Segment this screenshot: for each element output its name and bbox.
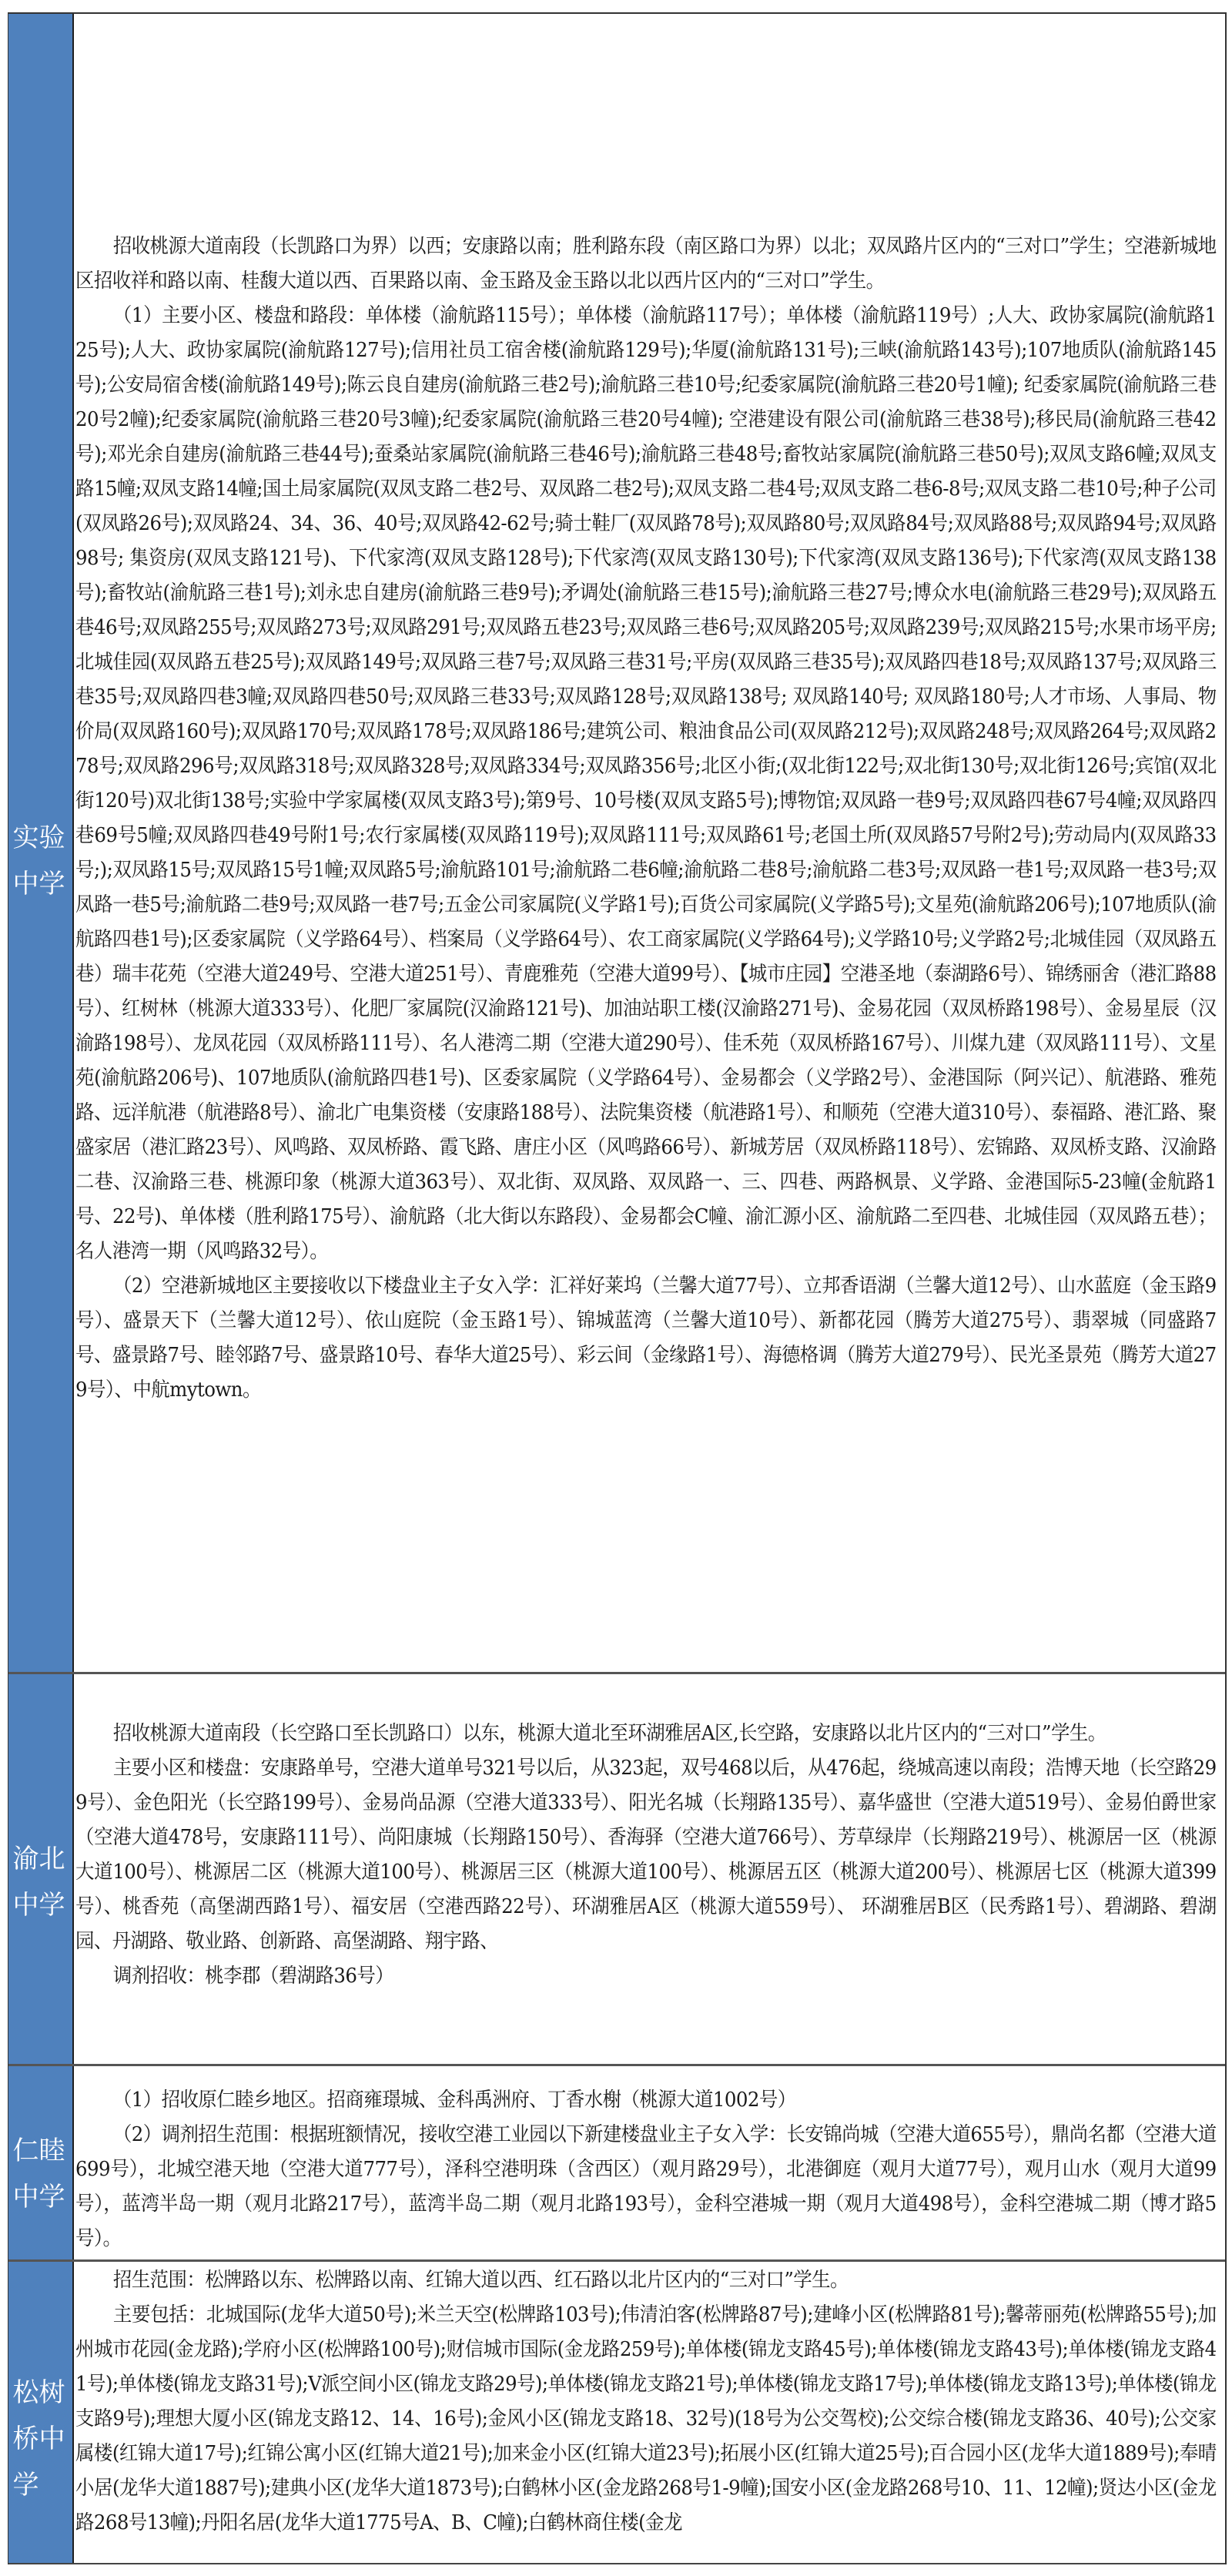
- enrollment-paragraph: 主要包括：北城国际(龙华大道50号);米兰天空(松牌路103号);伟清泊客(松牌…: [75, 2298, 1217, 2541]
- school-name: 渝北中学: [13, 1836, 69, 1928]
- enrollment-area-cell: （1）招收原仁睦乡地区。招商雍璟城、金科禹洲府、丁香水榭（桃源大道1002号） …: [74, 2066, 1225, 2259]
- school-name: 仁睦中学: [13, 2128, 69, 2220]
- school-label-cell: 实验中学: [8, 14, 74, 1672]
- school-name: 松树桥中学: [13, 2370, 69, 2508]
- table-row-shiyan: 实验中学 招收桃源大道南段（长凯路口为界）以西；安康路以南；胜利路东段（南区路口…: [8, 14, 1225, 1674]
- school-label-cell: 松树桥中学: [8, 2262, 74, 2563]
- enrollment-paragraph: （2）调剂招生范围：根据班额情况，接收空港工业园以下新建楼盘业主子女入学：长安锦…: [75, 2118, 1217, 2256]
- enrollment-paragraph: （2）空港新城地区主要接收以下楼盘业主子女入学：汇祥好莱坞（兰馨大道77号）、立…: [75, 1269, 1217, 1408]
- school-label-cell: 仁睦中学: [8, 2066, 74, 2259]
- school-enrollment-table: 实验中学 招收桃源大道南段（长凯路口为界）以西；安康路以南；胜利路东段（南区路口…: [8, 12, 1227, 2564]
- enrollment-area-cell: 招生范围：松牌路以东、松牌路以南、红锦大道以西、红石路以北片区内的“三对口”学生…: [74, 2262, 1225, 2563]
- school-name: 实验中学: [13, 815, 69, 907]
- enrollment-paragraph: 招收桃源大道南段（长空路口至长凯路口）以东，桃源大道北至环湖雅居A区,长空路，安…: [75, 1717, 1217, 1751]
- enrollment-paragraph: 招生范围：松牌路以东、松牌路以南、红锦大道以西、红石路以北片区内的“三对口”学生…: [75, 2263, 1217, 2298]
- enrollment-area-cell: 招收桃源大道南段（长空路口至长凯路口）以东，桃源大道北至环湖雅居A区,长空路，安…: [74, 1674, 1225, 2064]
- enrollment-paragraph: （1）主要小区、楼盘和路段：单体楼（渝航路115号）；单体楼（渝航路117号）；…: [75, 299, 1217, 1269]
- enrollment-paragraph: （1）招收原仁睦乡地区。招商雍璟城、金科禹洲府、丁香水榭（桃源大道1002号）: [75, 2083, 1217, 2118]
- enrollment-paragraph: 调剂招收：桃李郡（碧湖路36号）: [75, 1959, 1217, 1994]
- enrollment-paragraph: 主要小区和楼盘：安康路单号，空港大道单号321号以后，从323起，双号468以后…: [75, 1751, 1217, 1959]
- enrollment-area-cell: 招收桃源大道南段（长凯路口为界）以西；安康路以南；胜利路东段（南区路口为界）以北…: [74, 14, 1225, 1672]
- table-row-songshuqiao: 松树桥中学 招生范围：松牌路以东、松牌路以南、红锦大道以西、红石路以北片区内的“…: [8, 2262, 1225, 2564]
- table-row-yubei: 渝北中学 招收桃源大道南段（长空路口至长凯路口）以东，桃源大道北至环湖雅居A区,…: [8, 1674, 1225, 2066]
- enrollment-paragraph: 招收桃源大道南段（长凯路口为界）以西；安康路以南；胜利路东段（南区路口为界）以北…: [75, 229, 1217, 299]
- school-label-cell: 渝北中学: [8, 1674, 74, 2064]
- table-row-renmu: 仁睦中学 （1）招收原仁睦乡地区。招商雍璟城、金科禹洲府、丁香水榭（桃源大道10…: [8, 2066, 1225, 2262]
